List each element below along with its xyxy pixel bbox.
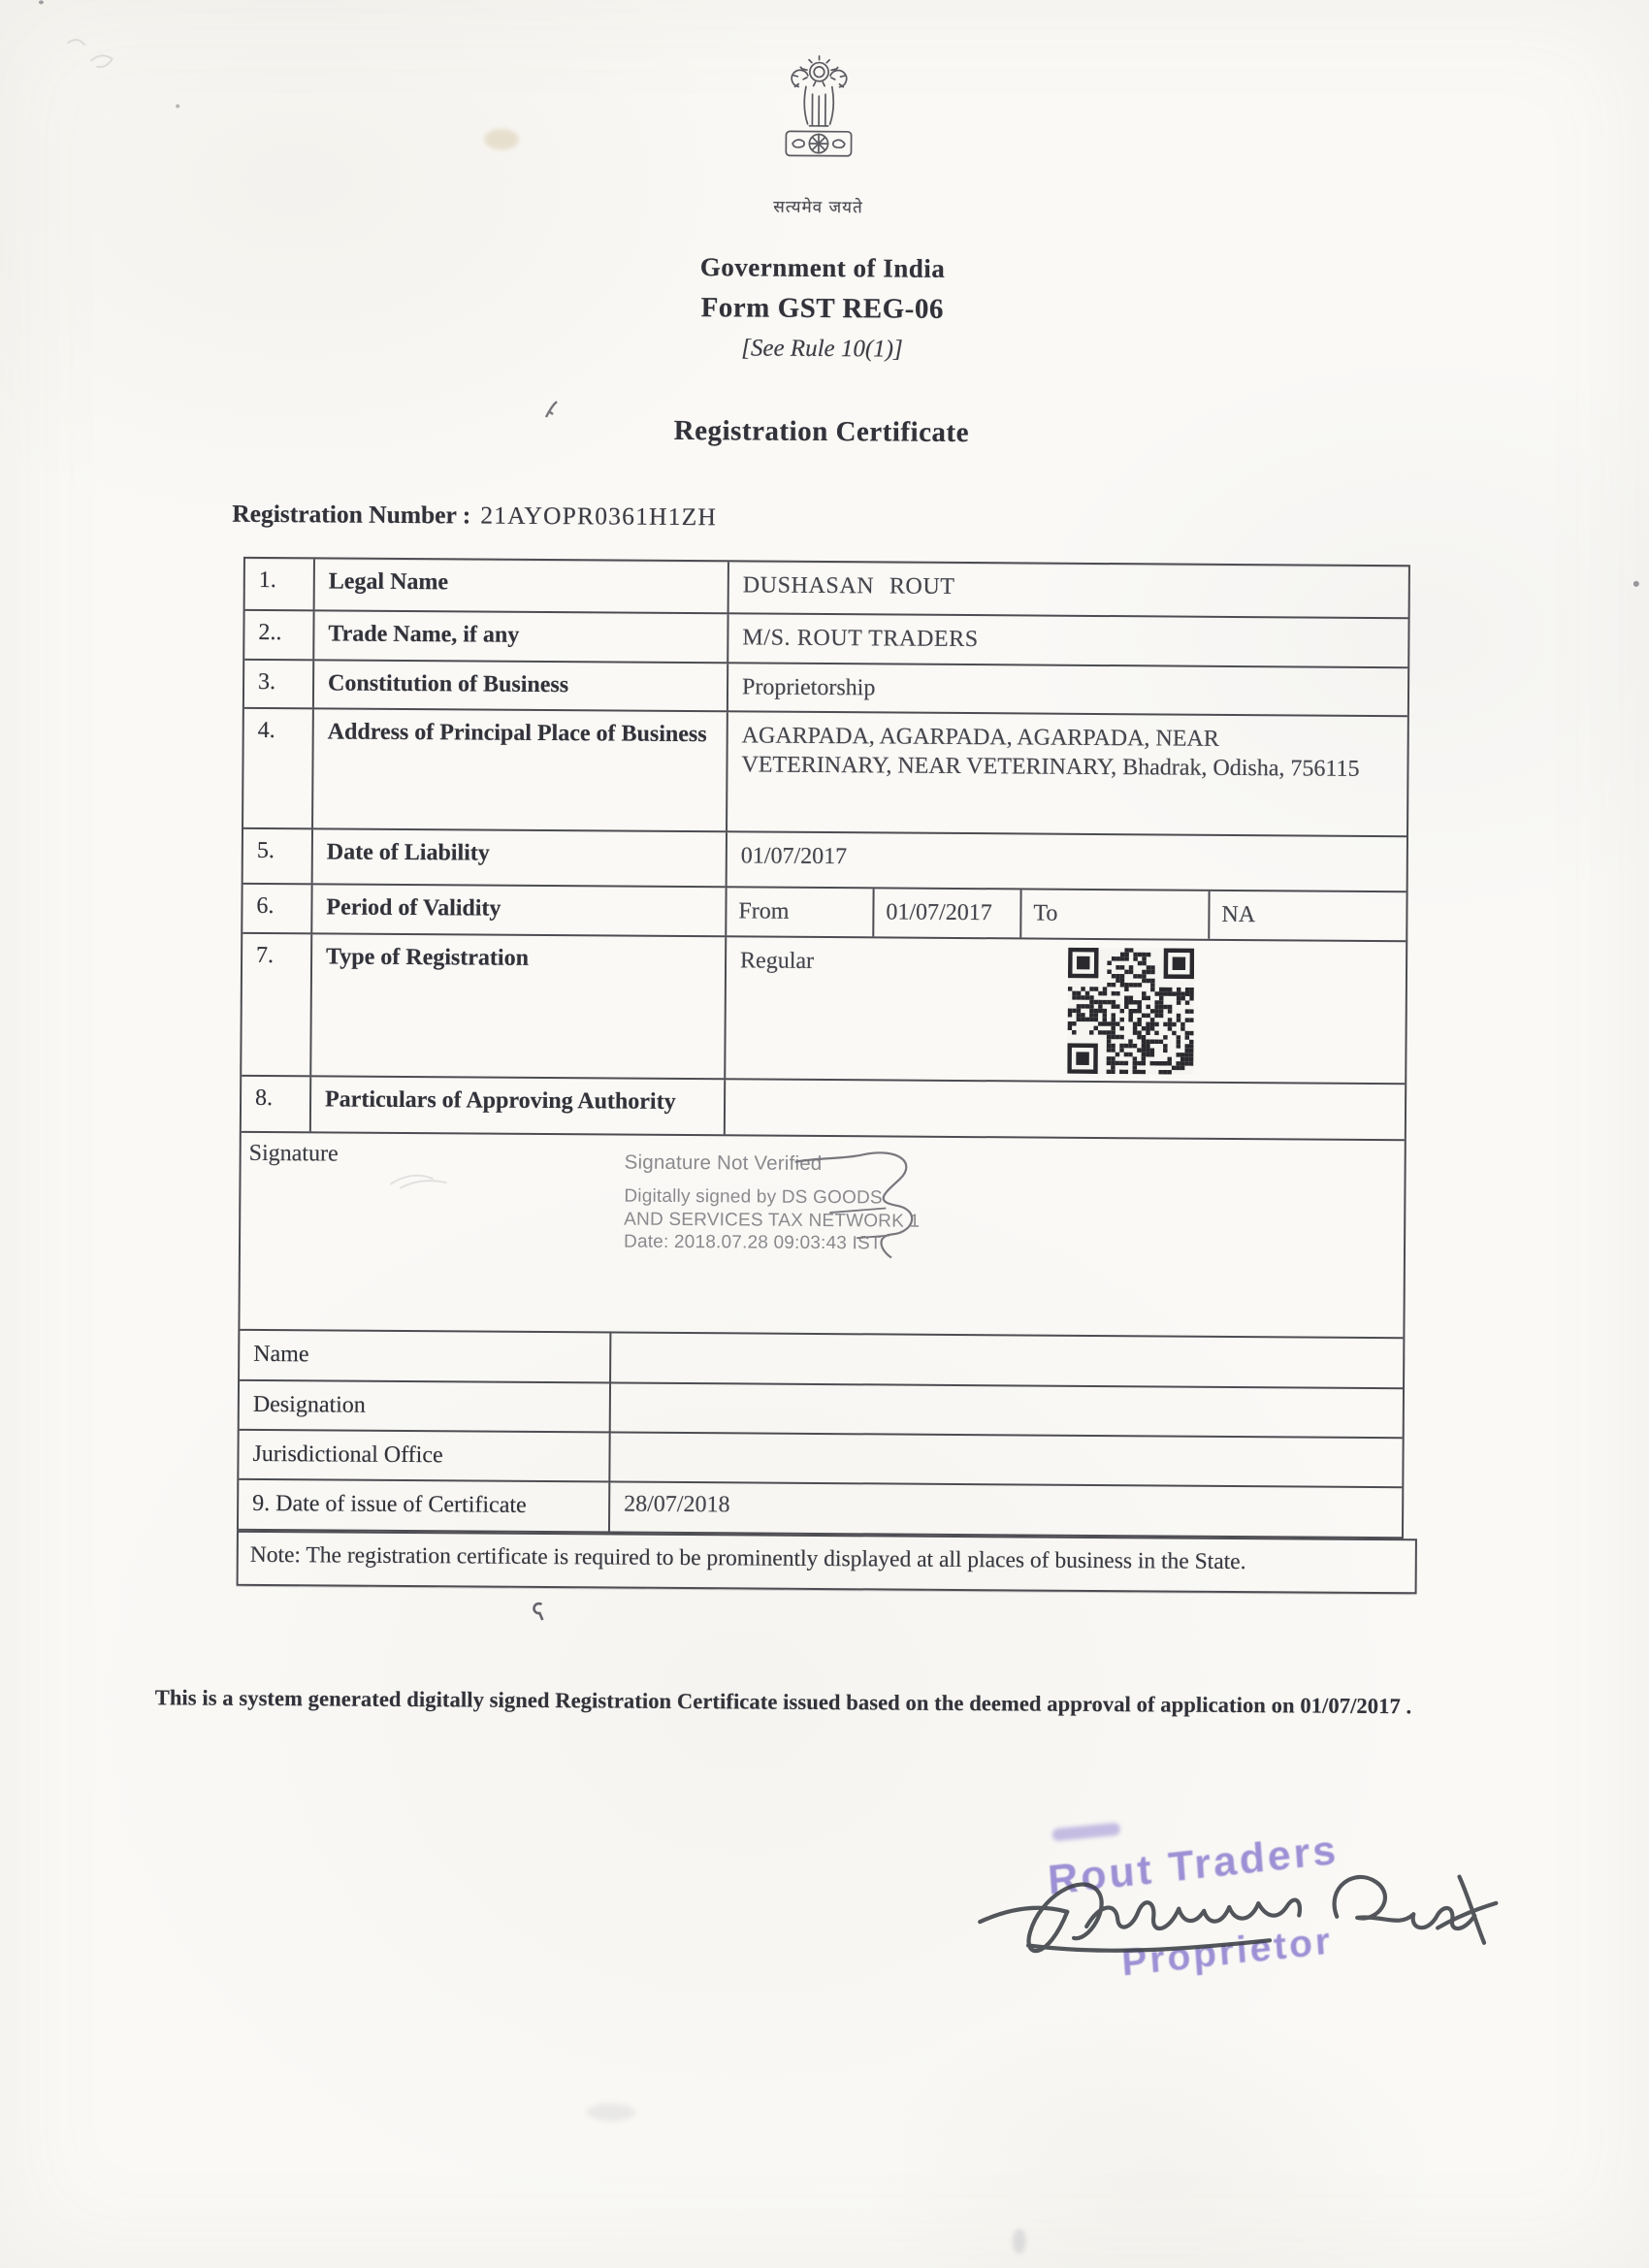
row-label: Trade Name, if any (312, 611, 727, 662)
signature-label: Signature (249, 1141, 339, 1168)
table-row-legal-name: 1. Legal Name DUSHASAN ROUT (245, 559, 1408, 617)
system-generated-statement: This is a system generated digitally sig… (155, 1685, 1412, 1719)
row-number: 2.. (244, 611, 312, 659)
table-row-date-of-issue: 9. Date of issue of Certificate 28/07/20… (239, 1478, 1402, 1537)
row-number: 1. (245, 559, 313, 609)
scan-smudge (587, 2103, 635, 2121)
scanned-certificate-page: सत्यमेव जयते Government of India Form GS… (0, 0, 1649, 2268)
registration-number-value: 21AYOPR0361H1ZH (470, 501, 717, 531)
table-row-trade-name: 2.. Trade Name, if any M/S. ROUT TRADERS (244, 609, 1407, 666)
table-row-type-of-registration: 7. Type of Registration Regular (242, 932, 1406, 1083)
table-row-address: 4. Address of Principal Place of Busines… (243, 707, 1407, 835)
row-number: 6. (242, 885, 310, 932)
row-number: 7. (242, 934, 310, 1075)
validity-to-label: To (1019, 890, 1208, 938)
scan-content: सत्यमेव जयते Government of India Form GS… (0, 0, 1649, 2268)
table-row-jurisdictional-office: Jurisdictional Office (239, 1429, 1402, 1486)
stamp-ink-smear (1051, 1823, 1120, 1842)
signature-box: Signature Signature Not Verified Digital… (240, 1131, 1404, 1337)
pencil-marks (57, 31, 135, 90)
scan-speck (1633, 581, 1639, 587)
row-label: Name (240, 1331, 609, 1382)
table-row-designation: Designation (240, 1379, 1403, 1437)
row-value: Regular (724, 937, 1406, 1083)
validity-from-label: From (727, 888, 872, 936)
row-number: 8. (242, 1077, 309, 1131)
row-label: Designation (240, 1381, 609, 1432)
signature-squiggle (789, 1143, 1013, 1290)
row-value (609, 1383, 1403, 1437)
ink-mark (540, 398, 562, 423)
scan-speck (39, 0, 44, 4)
row-label: 9. Date of issue of Certificate (239, 1480, 608, 1532)
row-label: Jurisdictional Office (239, 1431, 608, 1481)
registration-number-label: Registration Number : (232, 500, 470, 530)
qr-code (1067, 948, 1194, 1075)
validity-from-value: 01/07/2017 (872, 889, 1019, 937)
form-title: Form GST REG-06 (0, 287, 1647, 331)
row-number: 3. (244, 661, 312, 707)
row-label: Period of Validity (310, 885, 725, 935)
validity-to-value: NA (1208, 891, 1406, 940)
table-row-period-of-validity: 6. Period of Validity From 01/07/2017 To… (242, 883, 1406, 940)
row-label: Type of Registration (309, 934, 725, 1078)
handwritten-signature (974, 1856, 1503, 1981)
pencil-smudge (386, 1163, 454, 1192)
note-box: Note: The registration certificate is re… (237, 1531, 1417, 1594)
emblem-motto: सत्यमेव जयते (721, 194, 915, 217)
row-number: 4. (243, 709, 312, 827)
row-value: M/S. ROUT TRADERS (727, 614, 1407, 666)
row-value (608, 1433, 1402, 1486)
row-label: Particulars of Approving Authority (309, 1077, 724, 1134)
row-value (609, 1333, 1403, 1387)
row-value: AGARPADA, AGARPADA, AGARPADA, NEAR VETER… (726, 712, 1407, 835)
row-value: 28/07/2018 (608, 1482, 1402, 1537)
row-label: Legal Name (313, 559, 727, 612)
scan-speck (176, 104, 179, 108)
row-label: Constitution of Business (312, 661, 727, 710)
row-label: Address of Principal Place of Business (311, 709, 727, 830)
row-value-validity: From 01/07/2017 To NA (725, 888, 1406, 940)
table-row-approving-authority: 8. Particulars of Approving Authority (242, 1075, 1405, 1139)
table-row-constitution: 3. Constitution of Business Proprietorsh… (244, 659, 1407, 715)
certificate-title: Registration Certificate (0, 410, 1646, 454)
table-row-date-of-liability: 5. Date of Liability 01/07/2017 (243, 827, 1406, 891)
row-label: Date of Liability (311, 829, 726, 886)
ink-curl (528, 1601, 547, 1622)
table-row-name: Name (240, 1329, 1403, 1387)
india-emblem-icon (772, 52, 866, 195)
rule-reference: [See Rule 10(1)] (0, 330, 1647, 369)
row-value: Proprietorship (727, 664, 1407, 715)
registration-table: 1. Legal Name DUSHASAN ROUT 2.. Trade Na… (237, 557, 1410, 1539)
row-value: 01/07/2017 (726, 832, 1406, 891)
scan-smudge (1013, 2228, 1026, 2253)
row-value (724, 1080, 1405, 1139)
row-number: 5. (243, 829, 311, 883)
registration-number-line: Registration Number :21AYOPR0361H1ZH (232, 500, 717, 532)
row-value: DUSHASAN ROUT (727, 562, 1408, 617)
government-heading: Government of India (0, 247, 1647, 289)
scan-stain (484, 129, 519, 150)
